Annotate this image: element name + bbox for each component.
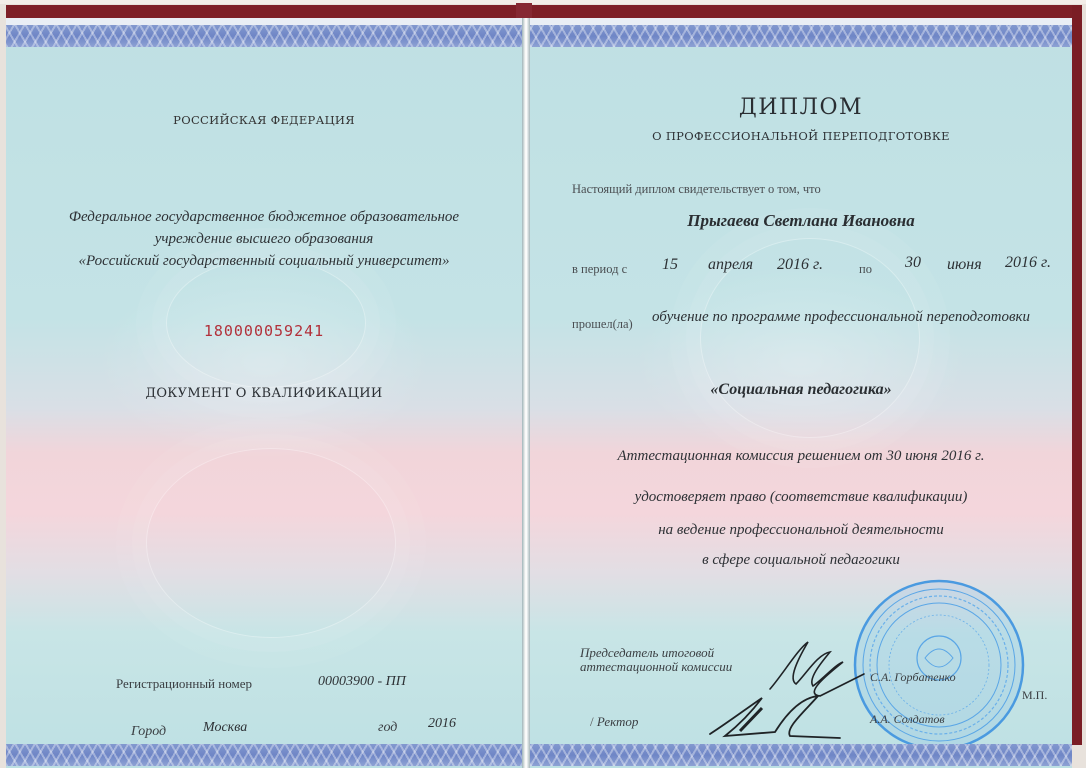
rector-label: / Ректор bbox=[590, 714, 638, 730]
guilloche-band-bottom bbox=[6, 744, 522, 766]
country-title: РОССИЙСКАЯ ФЕДЕРАЦИЯ bbox=[6, 113, 522, 127]
program-type: обучение по программе профессиональной п… bbox=[652, 309, 1030, 326]
decision-line: Аттестационная комиссия решением от 30 и… bbox=[530, 448, 1072, 465]
left-page: РОССИЙСКАЯ ФЕДЕРАЦИЯ Федеральное государ… bbox=[6, 18, 522, 768]
decision-line: удостоверяет право (соответствие квалифи… bbox=[530, 489, 1072, 506]
diploma-title: ДИПЛОМ bbox=[530, 95, 1072, 120]
chair-label: Председатель итоговой аттестационной ком… bbox=[580, 646, 732, 674]
completed-label: прошел(ла) bbox=[572, 317, 633, 332]
guilloche-band-top bbox=[530, 25, 1072, 47]
guilloche-rosette bbox=[146, 448, 396, 638]
decision-line: на ведение профессиональной деятельности bbox=[530, 522, 1072, 539]
registration-number: 00003900 - ПП bbox=[318, 674, 406, 690]
seal-mark: М.П. bbox=[1022, 688, 1047, 703]
city-label: Город bbox=[131, 724, 166, 740]
right-page: ДИПЛОМ О ПРОФЕССИОНАЛЬНОЙ ПЕРЕПОДГОТОВКЕ… bbox=[530, 18, 1072, 768]
year-label: год bbox=[378, 720, 397, 736]
year-value: 2016 bbox=[428, 716, 456, 732]
period-from-day: 15 bbox=[662, 256, 678, 274]
registration-label: Регистрационный номер bbox=[116, 676, 252, 692]
cover-edge-right bbox=[1072, 5, 1082, 745]
chair-name: С.А. Горбатенко bbox=[870, 670, 956, 685]
period-to-year: 2016 г. bbox=[1005, 254, 1051, 272]
city-value: Москва bbox=[203, 720, 247, 736]
rector-signature-icon bbox=[700, 686, 870, 746]
slash-mark: / bbox=[590, 714, 594, 729]
holder-name: Прыгаева Светлана Ивановна bbox=[530, 211, 1072, 231]
institution-name: Федеральное государственное бюджетное об… bbox=[6, 206, 522, 272]
period-from-year: 2016 г. bbox=[777, 256, 823, 274]
official-seal-icon bbox=[850, 576, 1028, 754]
period-to-day: 30 bbox=[905, 254, 921, 272]
period-to-label: по bbox=[859, 262, 872, 277]
book-spine bbox=[522, 18, 530, 768]
guilloche-band-bottom bbox=[530, 744, 1072, 766]
cover-edge-top-right bbox=[530, 5, 1078, 19]
period-from-label: в период с bbox=[572, 262, 627, 277]
period-from-month: апреля bbox=[708, 256, 753, 274]
serial-number: 180000059241 bbox=[6, 322, 522, 340]
rector-name: А.А. Солдатов bbox=[870, 712, 945, 727]
document-type: ДОКУМЕНТ О КВАЛИФИКАЦИИ bbox=[6, 386, 522, 401]
guilloche-band-top bbox=[6, 25, 522, 47]
decision-line: в сфере социальной педагогики bbox=[530, 552, 1072, 569]
period-to-month: июня bbox=[947, 256, 982, 274]
certifies-text: Настоящий диплом свидетельствует о том, … bbox=[572, 182, 821, 197]
diploma-subtitle: О ПРОФЕССИОНАЛЬНОЙ ПЕРЕПОДГОТОВКЕ bbox=[530, 129, 1072, 143]
program-name: «Социальная педагогика» bbox=[530, 381, 1072, 399]
cover-edge-top-left bbox=[6, 5, 518, 19]
